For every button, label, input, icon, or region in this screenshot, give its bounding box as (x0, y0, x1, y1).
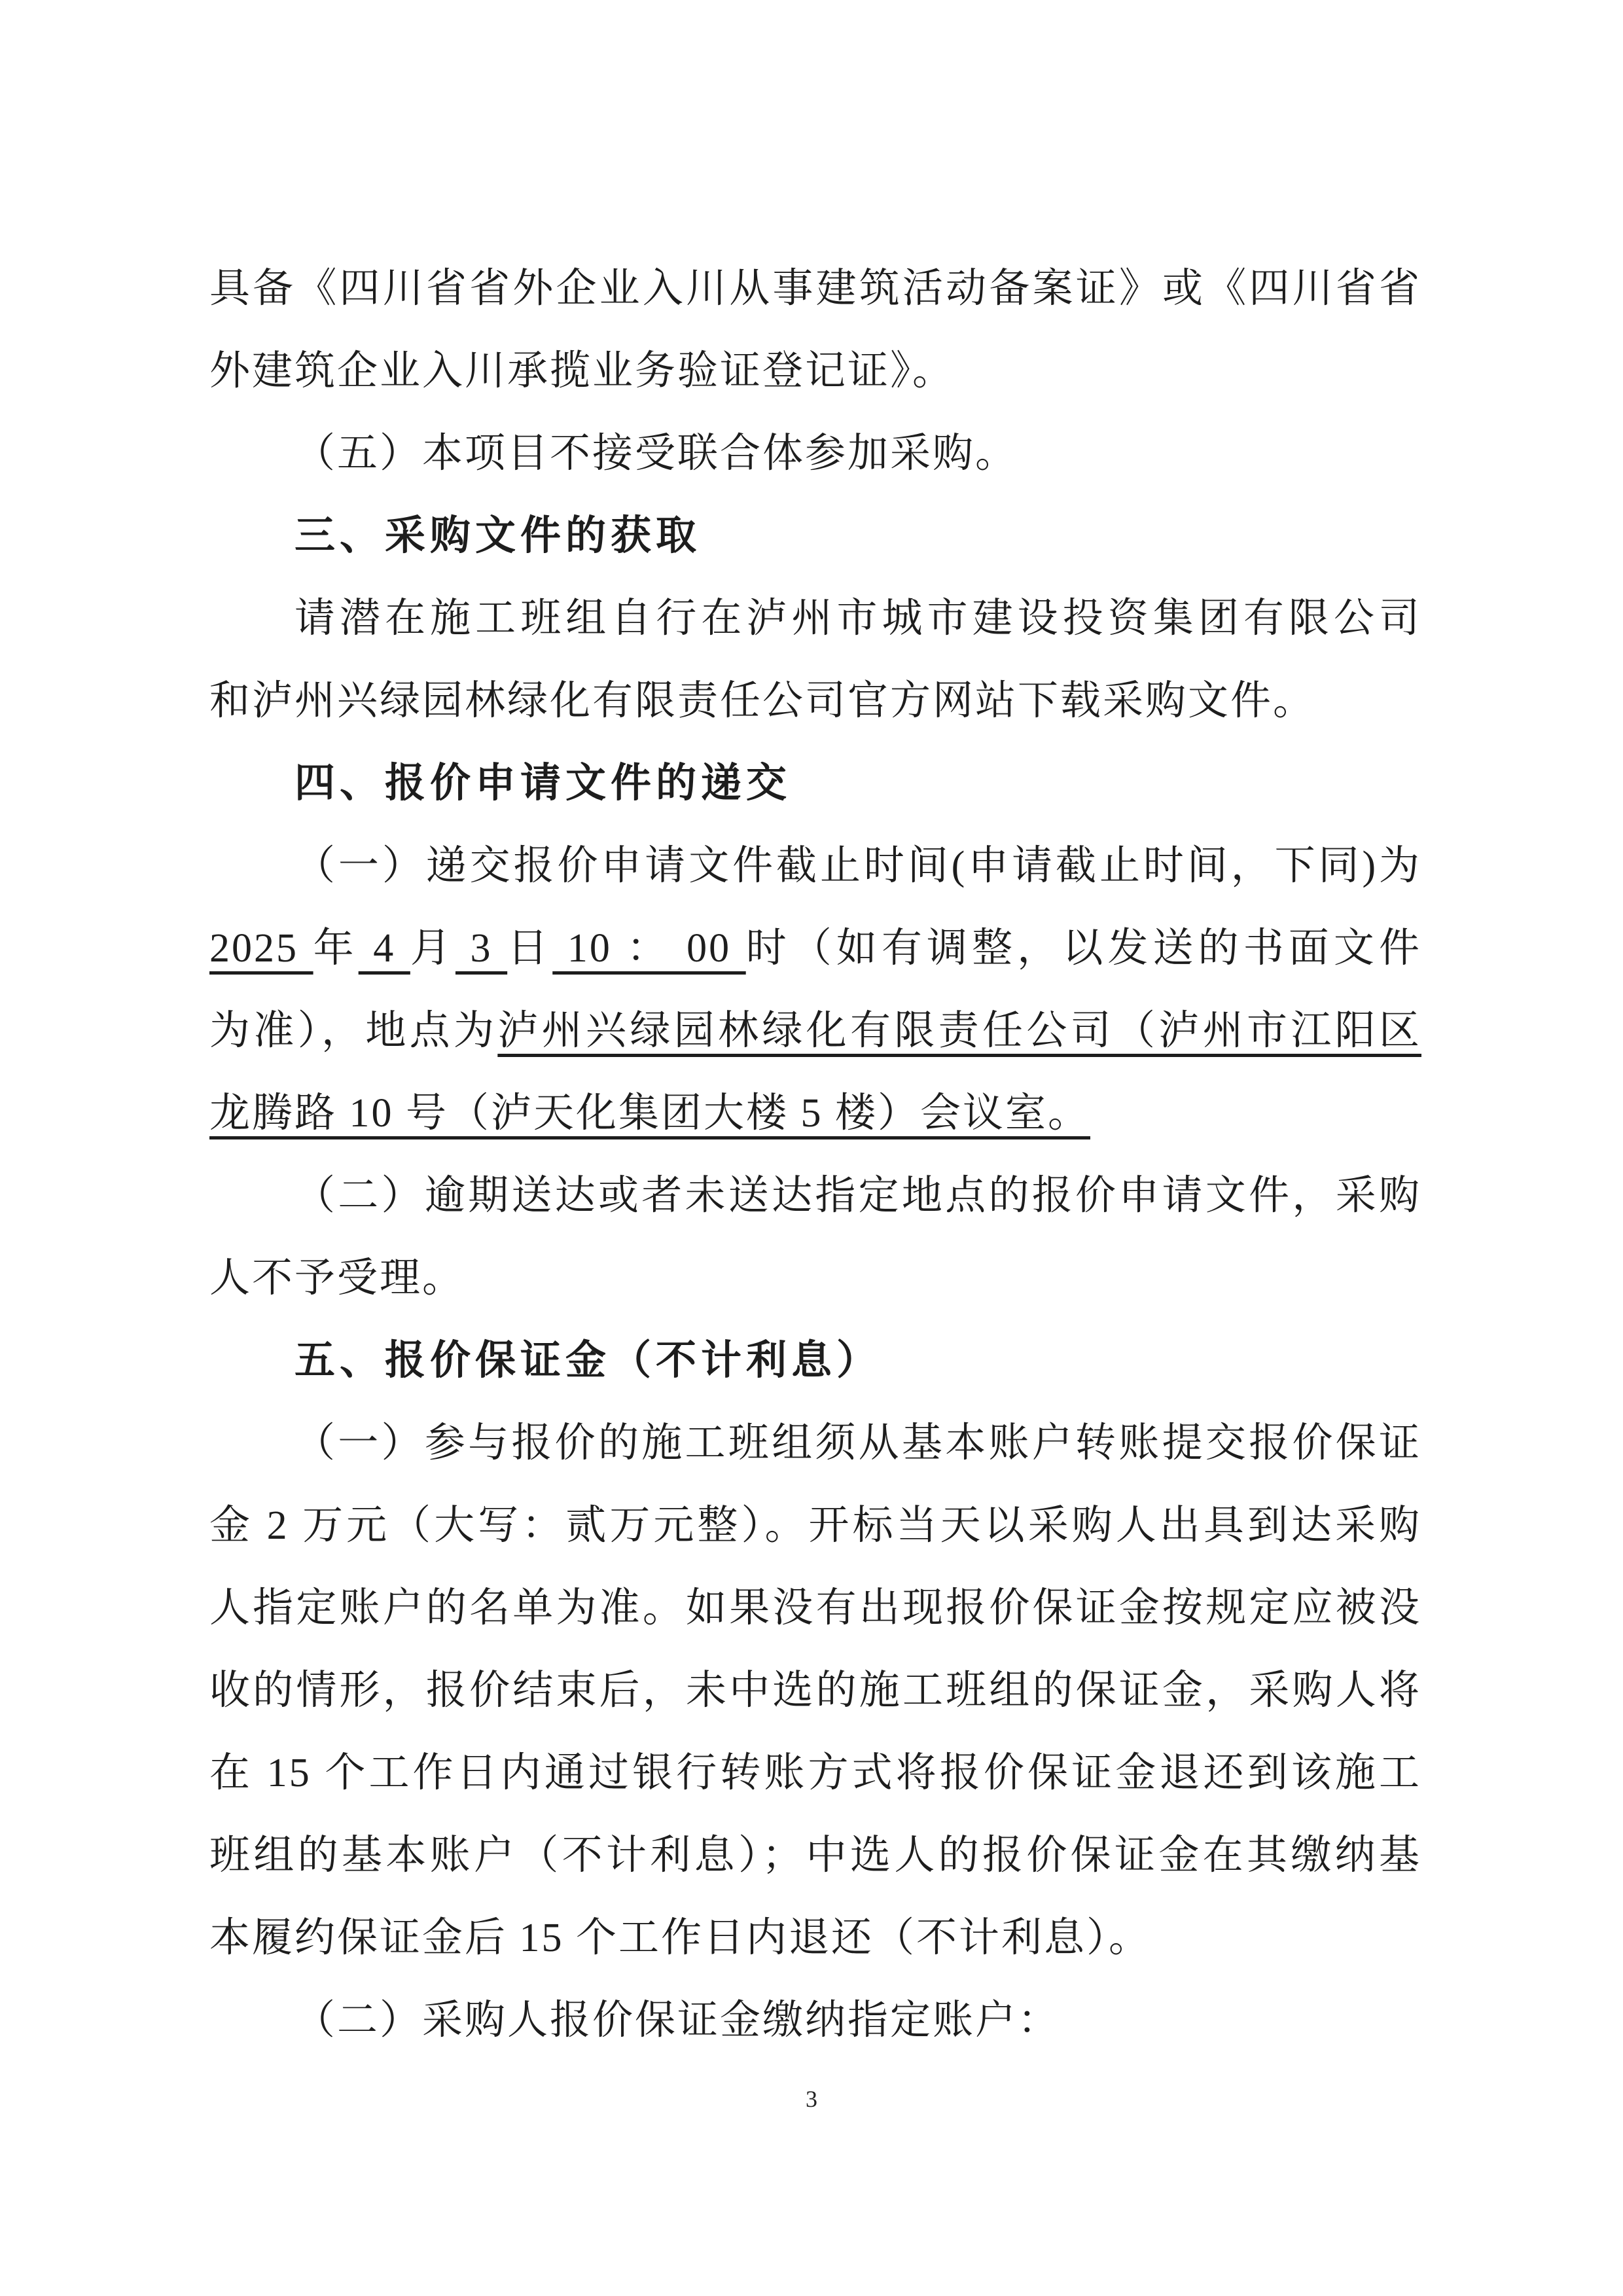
filled-blank-month: 4 (359, 926, 410, 971)
page-number: 3 (0, 2083, 1623, 2115)
text-run: （五）本项目不接受联合体参加采购。 (294, 431, 1018, 476)
text-run: 收的情形，报价结束后，未中选的施工班组的保证金，采购人将 (209, 1668, 1421, 1713)
text-line: （二）采购人报价保证金缴纳指定账户： (209, 1979, 1421, 2062)
text-line-location: 龙腾路 10 号（泸天化集团大楼 5 楼）会议室。 (209, 1072, 1421, 1155)
heading-text: 五、报价保证金（不计利息） (294, 1338, 882, 1383)
section-heading: 四、报价申请文件的递交 (209, 742, 1421, 825)
filled-blank-day: 3 (455, 926, 507, 971)
text-line: 人不予受理。 (209, 1237, 1421, 1319)
heading-text: 四、报价申请文件的递交 (294, 761, 791, 806)
text-run: 日 (507, 926, 552, 971)
text-line: 外建筑企业入川承揽业务验证登记证》。 (209, 330, 1421, 412)
text-line: （一）参与报价的施工班组须从基本账户转账提交报价保证 (209, 1402, 1421, 1484)
text-line: 班组的基本账户（不计利息）；中选人的报价保证金在其缴纳基 (209, 1814, 1421, 1897)
text-line: （二）逾期送达或者未送达指定地点的报价申请文件，采购 (209, 1155, 1421, 1237)
text-line: 和泸州兴绿园林绿化有限责任公司官方网站下载采购文件。 (209, 660, 1421, 742)
text-line-location: 为准），地点为泸州兴绿园林绿化有限责任公司（泸州市江阳区 (209, 990, 1421, 1072)
text-line: 具备《四川省省外企业入川从事建筑活动备案证》或《四川省省 (209, 247, 1421, 330)
filled-blank-time: 10 ： 00 (552, 926, 745, 971)
text-line: 人指定账户的名单为准。如果没有出现报价保证金按规定应被没 (209, 1567, 1421, 1649)
text-line: 金 2 万元（大写：贰万元整）。开标当天以采购人出具到达采购 (209, 1484, 1421, 1567)
filled-blank-year: 2025 (209, 926, 313, 971)
section-heading: 五、报价保证金（不计利息） (209, 1319, 1421, 1402)
text-run: 人不予受理。 (209, 1256, 465, 1300)
filled-blank-location: 泸州兴绿园林绿化有限责任公司（泸州市江阳区 (497, 1009, 1421, 1053)
text-run: （二）逾期送达或者未送达指定地点的报价申请文件，采购 (294, 1174, 1421, 1218)
text-line: 本履约保证金后 15 个工作日内退还（不计利息）。 (209, 1897, 1421, 1979)
text-run: 请潜在施工班组自行在泸州市城市建设投资集团有限公司 (294, 596, 1421, 641)
text-run: 时（如有调整，以发送的书面文件 (746, 926, 1421, 971)
text-run: 具备《四川省省外企业入川从事建筑活动备案证》或《四川省省 (209, 266, 1421, 311)
text-run: 年 (313, 926, 359, 971)
text-line: 收的情形，报价结束后，未中选的施工班组的保证金，采购人将 (209, 1649, 1421, 1732)
document-page: 具备《四川省省外企业入川从事建筑活动备案证》或《四川省省 外建筑企业入川承揽业务… (0, 0, 1623, 2296)
text-run: 和泸州兴绿园林绿化有限责任公司官方网站下载采购文件。 (209, 679, 1315, 723)
section-heading: 三、采购文件的获取 (209, 495, 1421, 577)
text-run: 人指定账户的名单为准。如果没有出现报价保证金按规定应被没 (209, 1586, 1421, 1630)
text-line: 请潜在施工班组自行在泸州市城市建设投资集团有限公司 (209, 577, 1421, 660)
text-line: （五）本项目不接受联合体参加采购。 (209, 412, 1421, 495)
filled-blank-address: 龙腾路 10 号（泸天化集团大楼 5 楼）会议室。 (209, 1091, 1090, 1136)
document-body: 具备《四川省省外企业入川从事建筑活动备案证》或《四川省省 外建筑企业入川承揽业务… (209, 247, 1421, 2062)
text-run: 班组的基本账户（不计利息）；中选人的报价保证金在其缴纳基 (209, 1833, 1421, 1878)
text-run: 在 15 个工作日内通过银行转账方式将报价保证金退还到该施工 (209, 1751, 1421, 1795)
text-run: 本履约保证金后 15 个工作日内退还（不计利息）。 (209, 1916, 1151, 1960)
text-run: 为准），地点为 (209, 1009, 497, 1053)
text-line-deadline: 2025 年 4 月 3 日 10 ： 00 时（如有调整，以发送的书面文件 (209, 907, 1421, 990)
text-run: （一）递交报价申请文件截止时间(申请截止时间，下同)为 (294, 844, 1421, 888)
text-run: （二）采购人报价保证金缴纳指定账户： (294, 1998, 1060, 2043)
text-run: （一）参与报价的施工班组须从基本账户转账提交报价保证 (294, 1421, 1421, 1465)
text-run: 金 2 万元（大写：贰万元整）。开标当天以采购人出具到达采购 (209, 1503, 1421, 1548)
text-run: 外建筑企业入川承揽业务验证登记证》。 (209, 349, 955, 393)
text-run: 月 (410, 926, 455, 971)
text-line: 在 15 个工作日内通过银行转账方式将报价保证金退还到该施工 (209, 1732, 1421, 1814)
text-line: （一）递交报价申请文件截止时间(申请截止时间，下同)为 (209, 825, 1421, 907)
heading-text: 三、采购文件的获取 (294, 513, 701, 558)
